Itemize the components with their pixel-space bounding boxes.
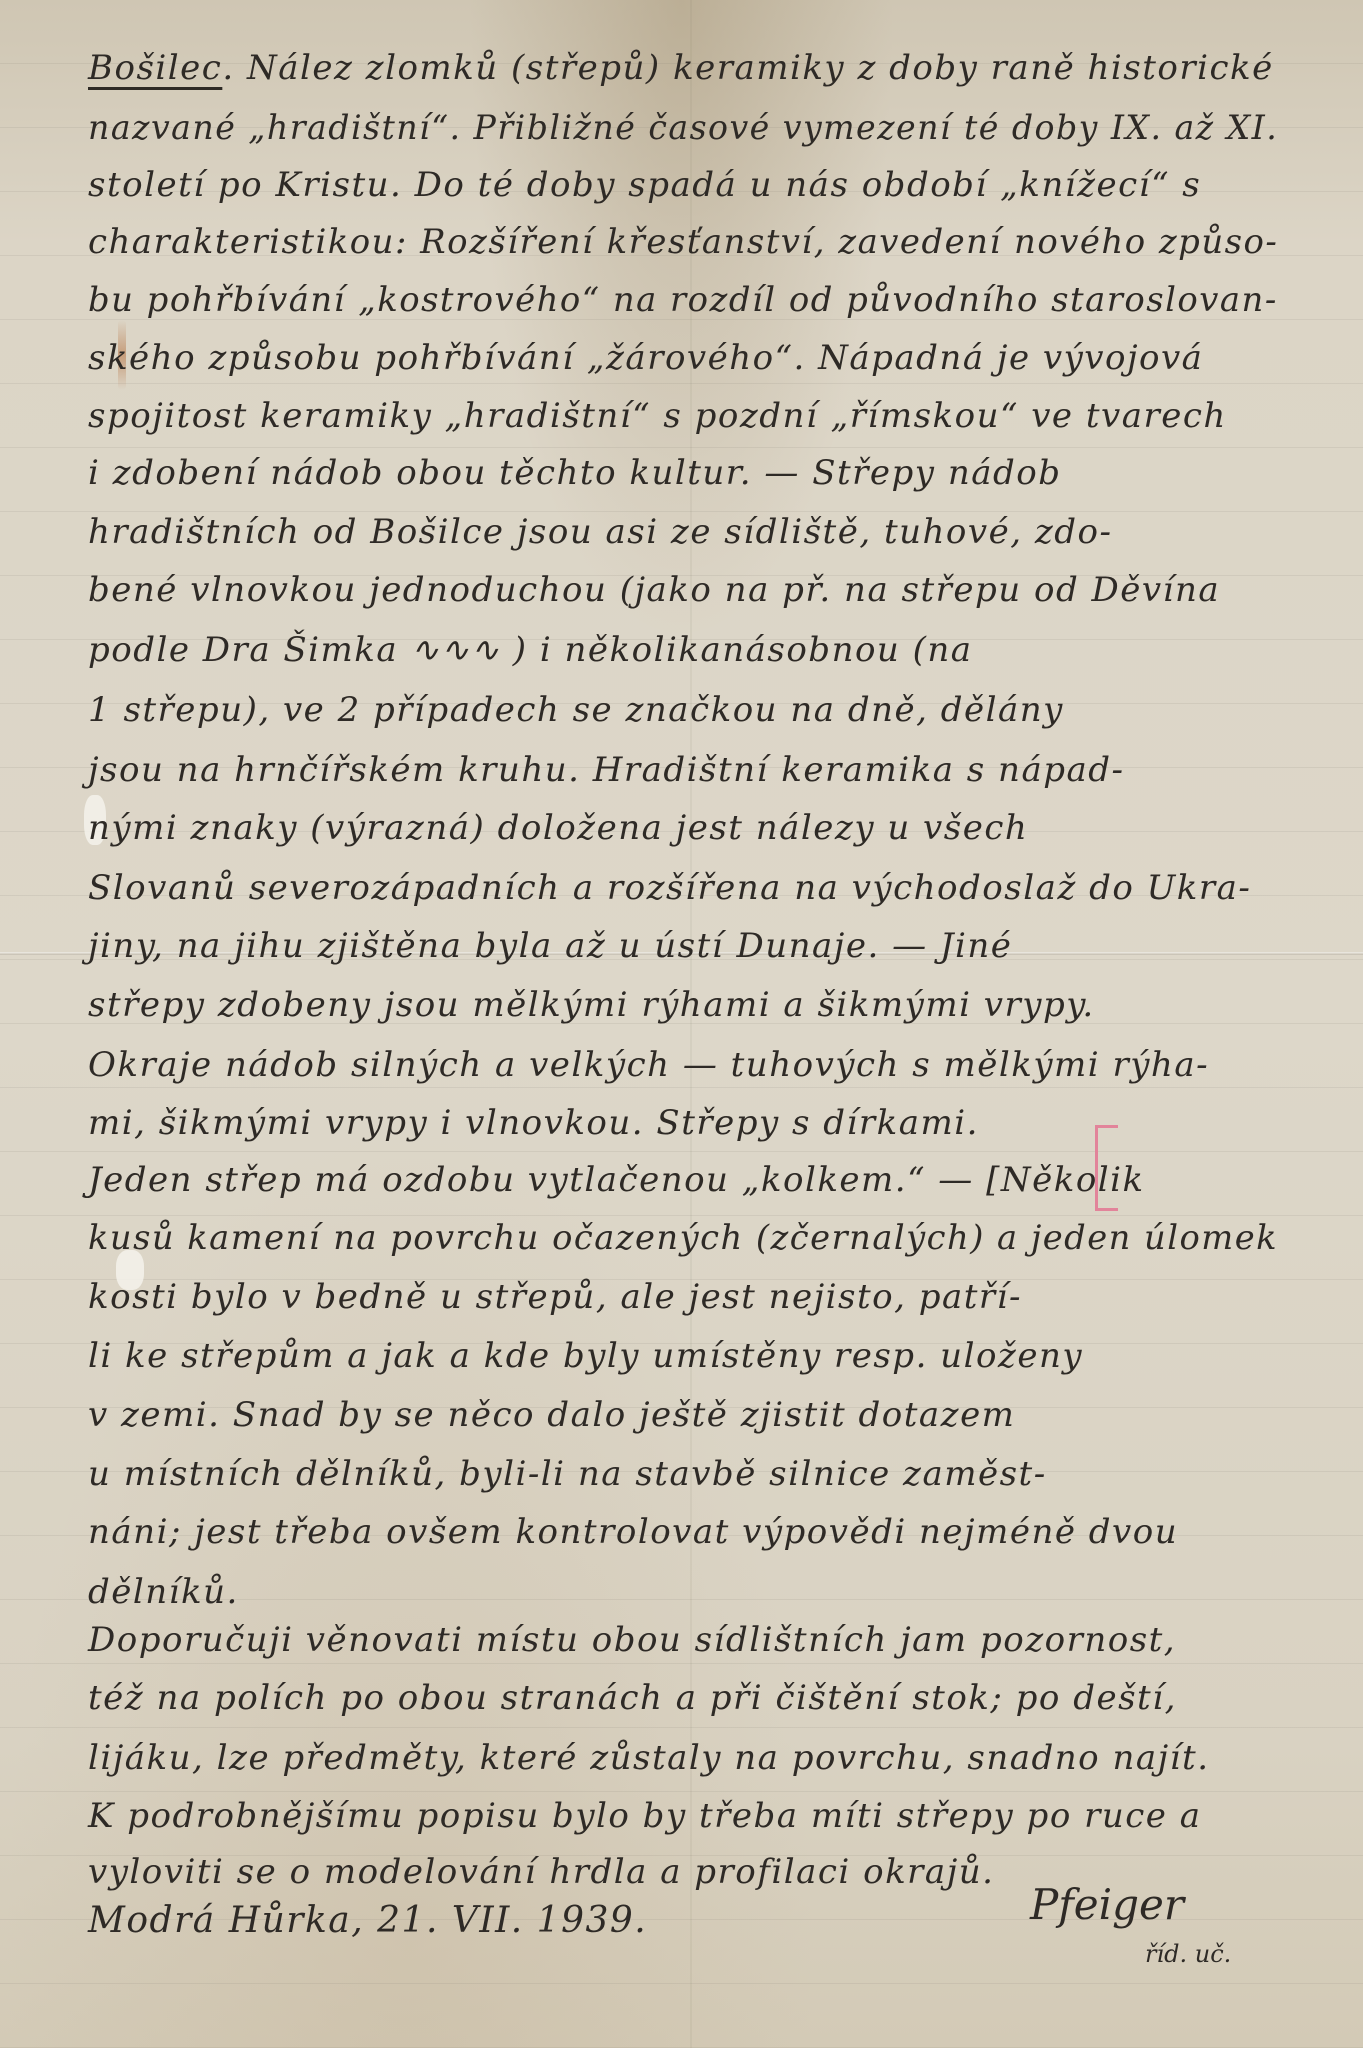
text-line-6: ského způsobu pohřbívání „žárového“. Náp… [88, 338, 1203, 378]
text-line-17: střepy zdobeny jsou mělkými rýhami a šik… [88, 985, 1095, 1025]
text-line-3: století po Kristu. Do té doby spadá u ná… [88, 165, 1201, 205]
document-heading: Bošilec [88, 48, 222, 88]
text-line-27: dělníků. [88, 1572, 239, 1612]
text-line-8: i zdobení nádob obou těchto kultur. — St… [88, 453, 1062, 493]
text-line-25: u místních dělníků, byli-li na stavbě si… [88, 1454, 1047, 1494]
text-line-1-rest: . Nález zlomků (střepů) keramiky z doby … [222, 48, 1273, 88]
text-line-20: Jeden střep má ozdobu vytlačenou „kolkem… [88, 1160, 1145, 1200]
text-line-14: nými znaky (výrazná) doložena jest nález… [88, 808, 1028, 848]
text-line-26: náni; jest třeba ovšem kontrolovat výpov… [88, 1512, 1178, 1552]
text-line-2: nazvané „hradištní“. Přibližné časové vy… [88, 108, 1278, 148]
text-line-24: v zemi. Snad by se něco dalo ještě zjist… [88, 1395, 1015, 1435]
signature: Pfeiger [1030, 1880, 1184, 1929]
text-line-28: Doporučuji věnovati místu obou sídlištní… [88, 1620, 1176, 1660]
text-line-29: též na polích po obou stranách a při čiš… [88, 1678, 1177, 1718]
text-line-18: Okraje nádob silných a velkých — tuhovýc… [88, 1045, 1209, 1085]
text-line-11: podle Dra Šimka ∿∿∿ ) i několikanásobnou… [88, 630, 973, 670]
text-line-1: Bošilec. Nález zlomků (střepů) keramiky … [88, 48, 1274, 88]
text-line-22: kosti bylo v bedně u střepů, ale jest ne… [88, 1277, 1022, 1317]
text-line-5: bu pohřbívání „kostrového“ na rozdíl od … [88, 280, 1278, 320]
text-line-16: jiny, na jihu zjištěna byla až u ústí Du… [88, 926, 1012, 966]
text-line-13: jsou na hrnčířském kruhu. Hradištní kera… [88, 750, 1125, 790]
text-line-30: lijáku, lze předměty, které zůstaly na p… [88, 1738, 1210, 1778]
text-line-12: 1 střepu), ve 2 případech se značkou na … [88, 690, 1064, 730]
text-line-15: Slovanů severozápadních a rozšířena na v… [88, 868, 1251, 908]
text-line-31: K podrobnějšímu popisu bylo by třeba mít… [88, 1796, 1202, 1836]
text-line-23: li ke střepům a jak a kde byly umístěny … [88, 1336, 1083, 1376]
red-bracket-annotation [1095, 1125, 1118, 1211]
paper-sheet: Bošilec. Nález zlomků (střepů) keramiky … [0, 0, 1363, 2048]
text-line-19: mi, šikmými vrypy i vlnovkou. Střepy s d… [88, 1103, 979, 1143]
text-line-32: vyloviti se o modelování hrdla a profila… [88, 1852, 994, 1892]
text-line-7: spojitost keramiky „hradištní“ s pozdní … [88, 396, 1227, 436]
text-line-4: charakteristikou: Rozšíření křesťanství,… [88, 222, 1278, 262]
date-line: Modrá Hůrka, 21. VII. 1939. [88, 1900, 647, 1941]
text-line-21: kusů kamení na povrchu očazených (zčerna… [88, 1218, 1278, 1258]
text-line-9: hradištních od Bošilce jsou asi ze sídli… [88, 512, 1112, 552]
signature-title: říd. uč. [1145, 1940, 1231, 1968]
text-line-10: bené vlnovkou jednoduchou (jako na př. n… [88, 570, 1220, 610]
